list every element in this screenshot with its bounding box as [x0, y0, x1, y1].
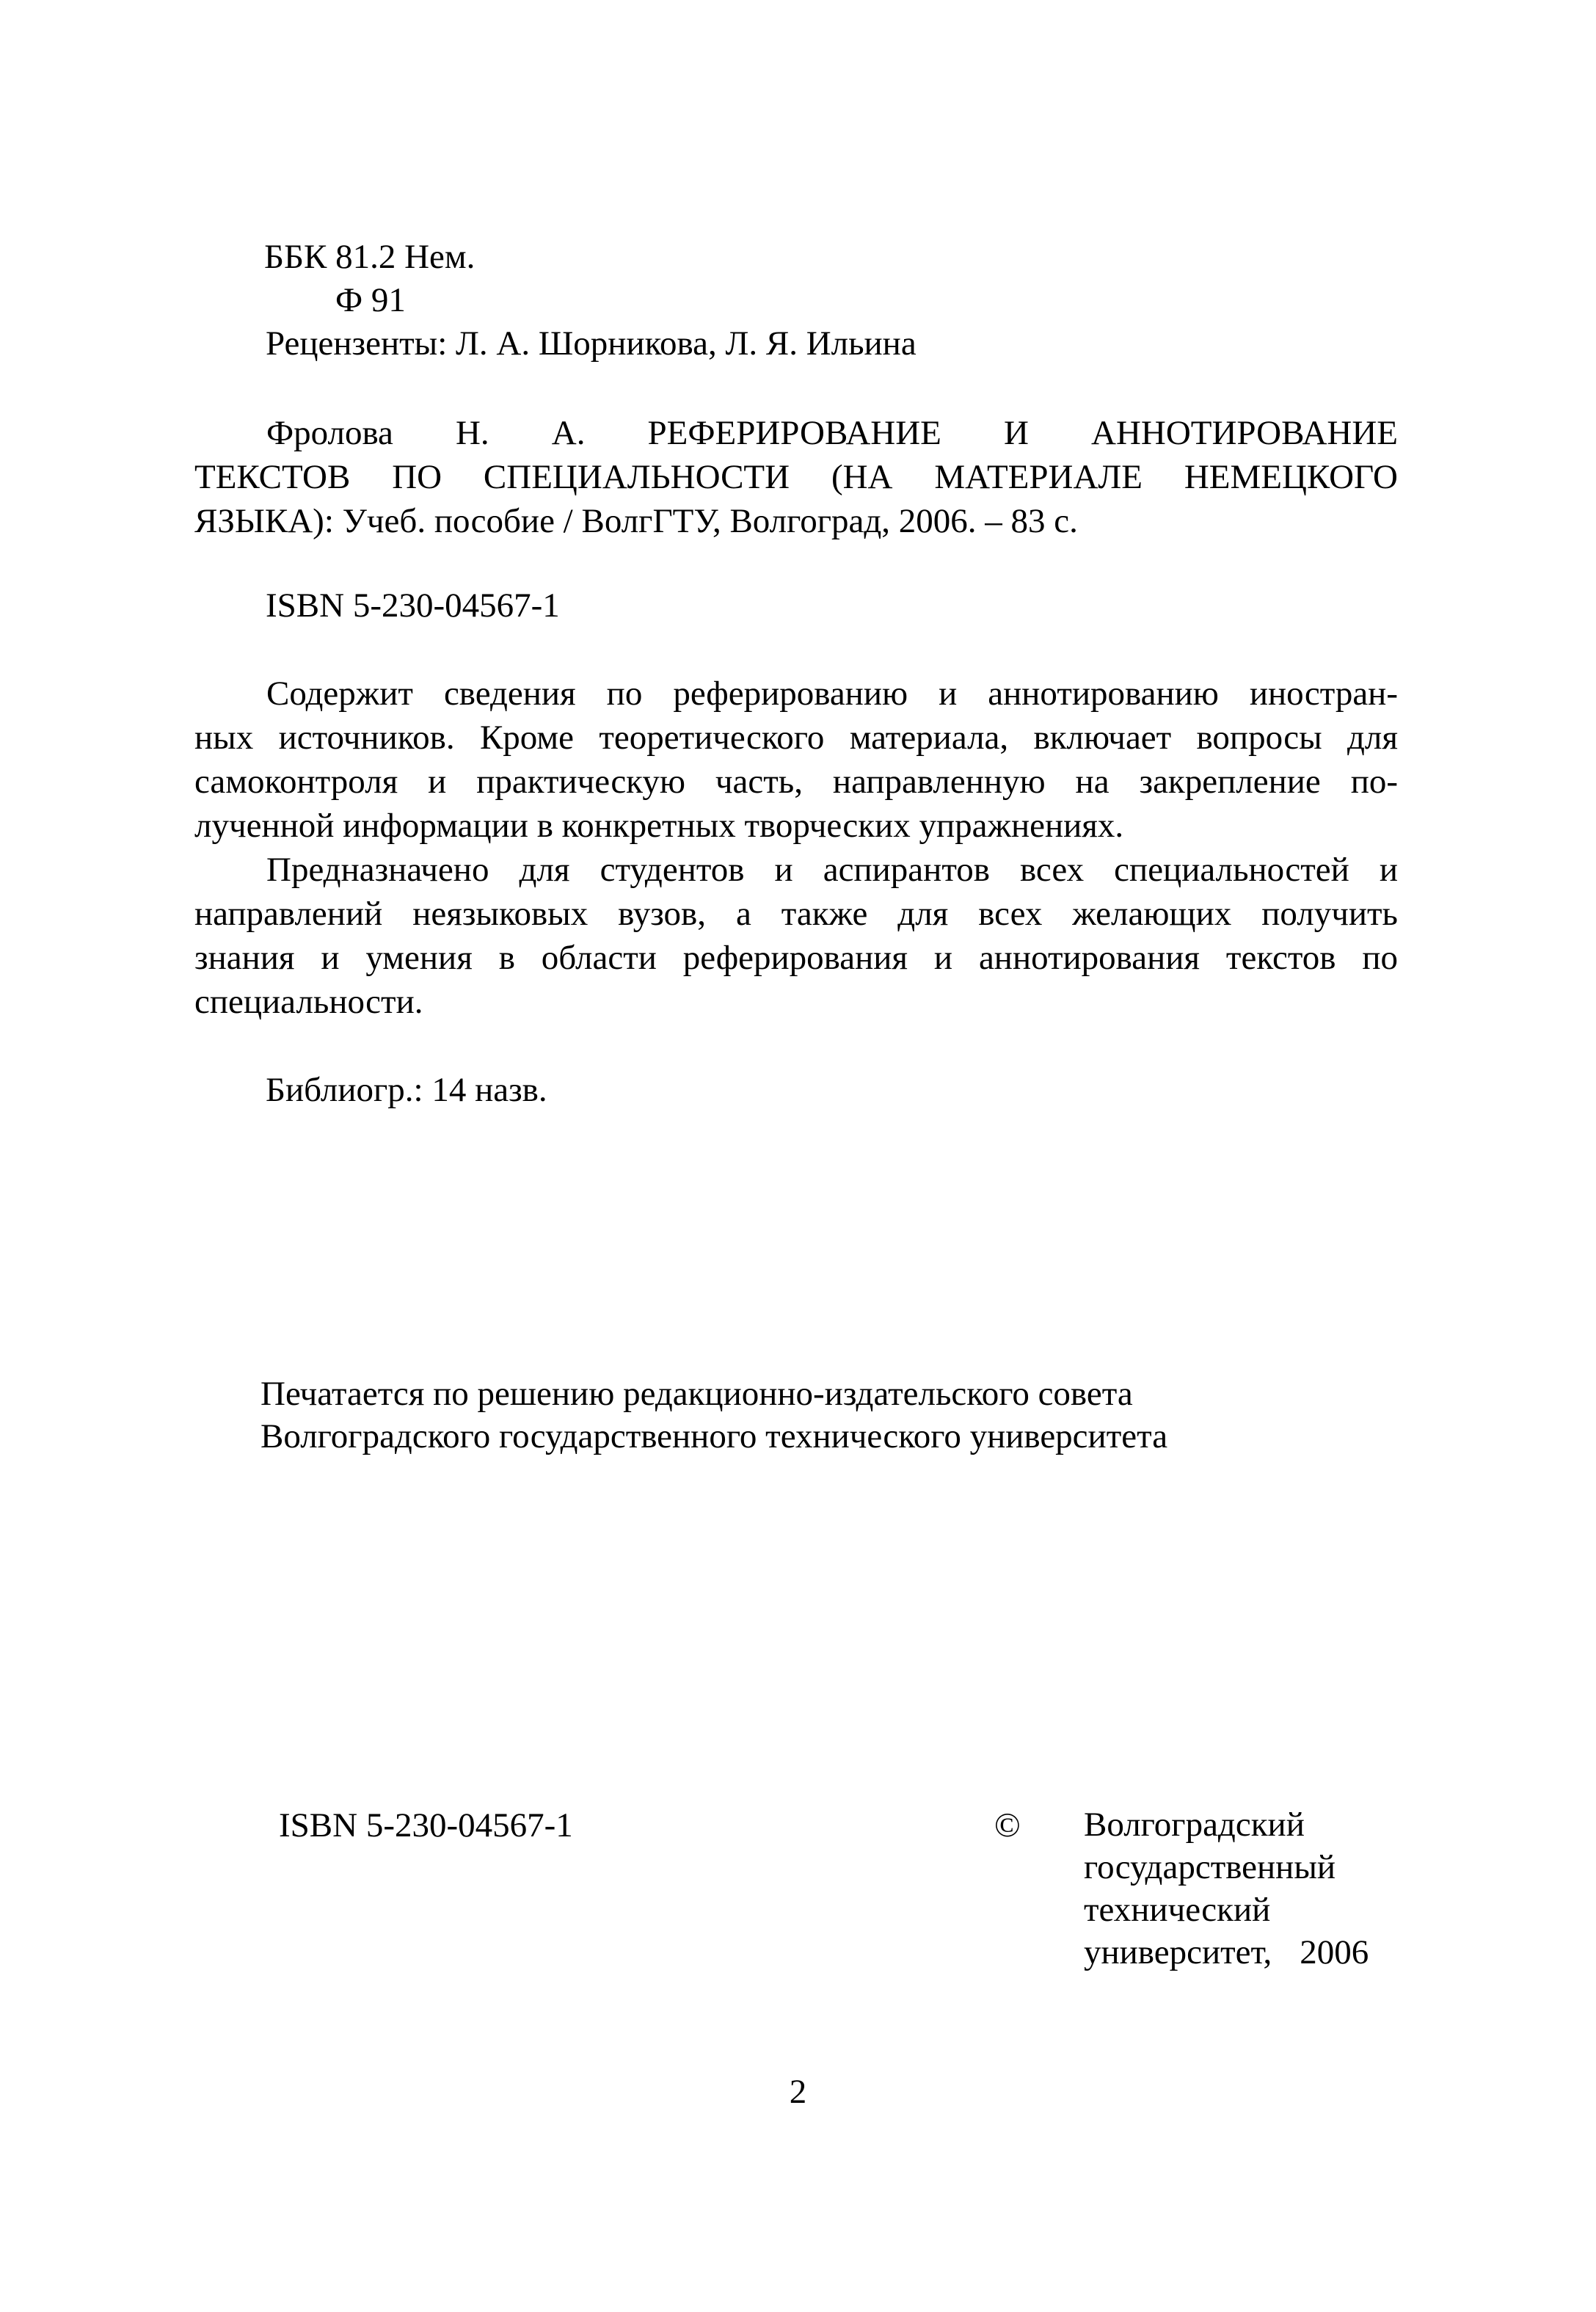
imprint-line: Волгоградского государственного техничес…	[260, 1415, 1167, 1458]
audience-paragraph: Предназначено для студентов и аспирантов…	[194, 848, 1398, 1024]
imprint-note: Печатается по решению редакционно-издате…	[260, 1373, 1167, 1458]
page-number: 2	[0, 2070, 1596, 2114]
audience-text: знания и умения в области реферирования …	[194, 939, 1398, 977]
audience-text: специальности.	[194, 983, 423, 1021]
holder-line: Волгоградский	[1084, 1803, 1369, 1846]
holder-line: государственный	[1084, 1846, 1369, 1889]
citation-line: ТЕКСТОВ ПО СПЕЦИАЛЬНОСТИ (НА МАТЕРИАЛЕ Н…	[194, 455, 1398, 499]
citation-text: Фролова Н. А. РЕФЕРИРОВАНИЕ И АННОТИРОВА…	[266, 414, 1398, 452]
citation-line: ЯЗЫКА): Учеб. пособие / ВолгГТУ, Волгогр…	[194, 499, 1398, 543]
annotation-text: Содержит сведения по реферированию и анн…	[266, 675, 1398, 713]
audience-line: направлений неязыковых вузов, а также дл…	[194, 892, 1398, 936]
annotation-text: самоконтроля и практическую часть, напра…	[194, 763, 1398, 801]
isbn-bottom: ISBN 5-230-04567-1	[279, 1803, 573, 1847]
audience-line: знания и умения в области реферирования …	[194, 936, 1398, 980]
annotation-text: лученной информации в конкретных творчес…	[194, 807, 1123, 845]
copyright-year: 2006	[1300, 1931, 1369, 1974]
bibliographic-citation: Фролова Н. А. РЕФЕРИРОВАНИЕ И АННОТИРОВА…	[194, 411, 1398, 543]
reviewers-line: Рецензенты: Л. А. Шорникова, Л. Я. Ильин…	[266, 321, 917, 366]
author-mark: Ф 91	[335, 278, 406, 322]
annotation-paragraph: Содержит сведения по реферированию и анн…	[194, 672, 1398, 848]
annotation-text: ных источников. Кроме теоретического мат…	[194, 719, 1398, 757]
audience-line: специальности.	[194, 980, 1398, 1024]
citation-text: ЯЗЫКА): Учеб. пособие / ВолгГТУ, Волгогр…	[194, 502, 1078, 540]
annotation-line: Содержит сведения по реферированию и анн…	[194, 672, 1398, 716]
audience-text: Предназначено для студентов и аспирантов…	[266, 851, 1398, 889]
bbk-classification: ББК 81.2 Нем.	[264, 235, 475, 279]
holder-line: технический	[1084, 1889, 1369, 1931]
copyright-holder: Волгоградский государственный технически…	[1084, 1803, 1369, 1974]
copyright-icon: ©	[994, 1803, 1021, 1847]
citation-line: Фролова Н. А. РЕФЕРИРОВАНИЕ И АННОТИРОВА…	[194, 411, 1398, 455]
annotation-line: самоконтроля и практическую часть, напра…	[194, 760, 1398, 804]
holder-line: университет,2006	[1084, 1931, 1369, 1974]
citation-text: ТЕКСТОВ ПО СПЕЦИАЛЬНОСТИ (НА МАТЕРИАЛЕ Н…	[194, 458, 1398, 496]
bibliography-count: Библиогр.: 14 назв.	[266, 1068, 547, 1112]
annotation-line: лученной информации в конкретных творчес…	[194, 804, 1398, 848]
audience-text: направлений неязыковых вузов, а также дл…	[194, 895, 1398, 933]
imprint-line: Печатается по решению редакционно-издате…	[260, 1373, 1167, 1415]
holder-text: университет,	[1084, 1933, 1272, 1971]
annotation-line: ных источников. Кроме теоретического мат…	[194, 716, 1398, 760]
isbn: ISBN 5-230-04567-1	[266, 584, 560, 628]
audience-line: Предназначено для студентов и аспирантов…	[194, 848, 1398, 892]
